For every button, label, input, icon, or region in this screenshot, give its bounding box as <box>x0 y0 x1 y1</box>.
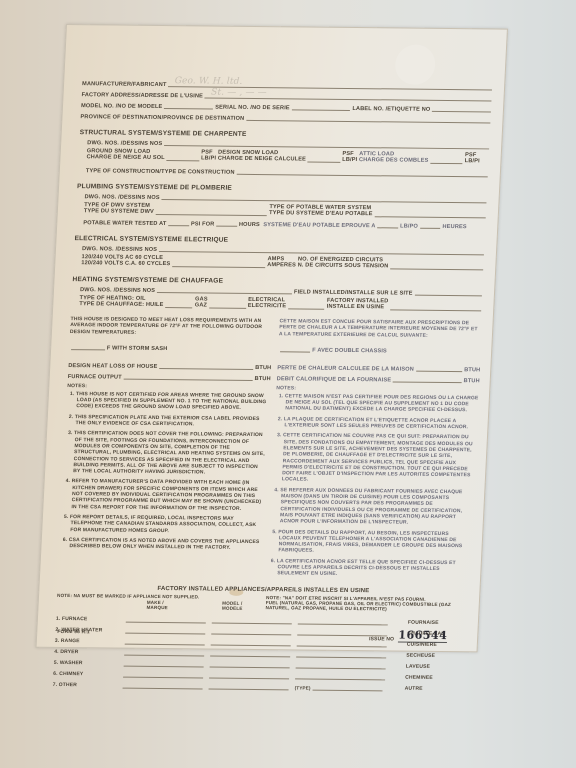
heat-loss-section: THIS HOUSE IS DESIGNED TO MEET HEAT LOSS… <box>58 316 483 583</box>
csa-specification-plate: MANUFACTURER/FABRICANT Geo. W. H. ltd. F… <box>35 24 507 652</box>
form-number: FORM 96 R.1 <box>57 629 90 635</box>
plate-content: MANUFACTURER/FABRICANT Geo. W. H. ltd. F… <box>53 77 495 692</box>
notes-english: 1. THIS HOUSE IS NOT CERTIFIED FOR AREAS… <box>59 391 270 552</box>
issue-number: 166544 <box>398 629 448 644</box>
issue-number-block: ISSUE NO 166544 <box>369 628 448 643</box>
snow-loads-row: GROUND SNOW LOADCHARGE DE NEIGE AU SOL P… <box>78 147 491 165</box>
notes-french: 1. CETTE MAISON N'EST PAS CERTIFIEE POUR… <box>267 393 479 579</box>
appliance-list: 1. FURNACEFOURNAISE 2. WATER HEATERCHAUF… <box>53 611 469 692</box>
